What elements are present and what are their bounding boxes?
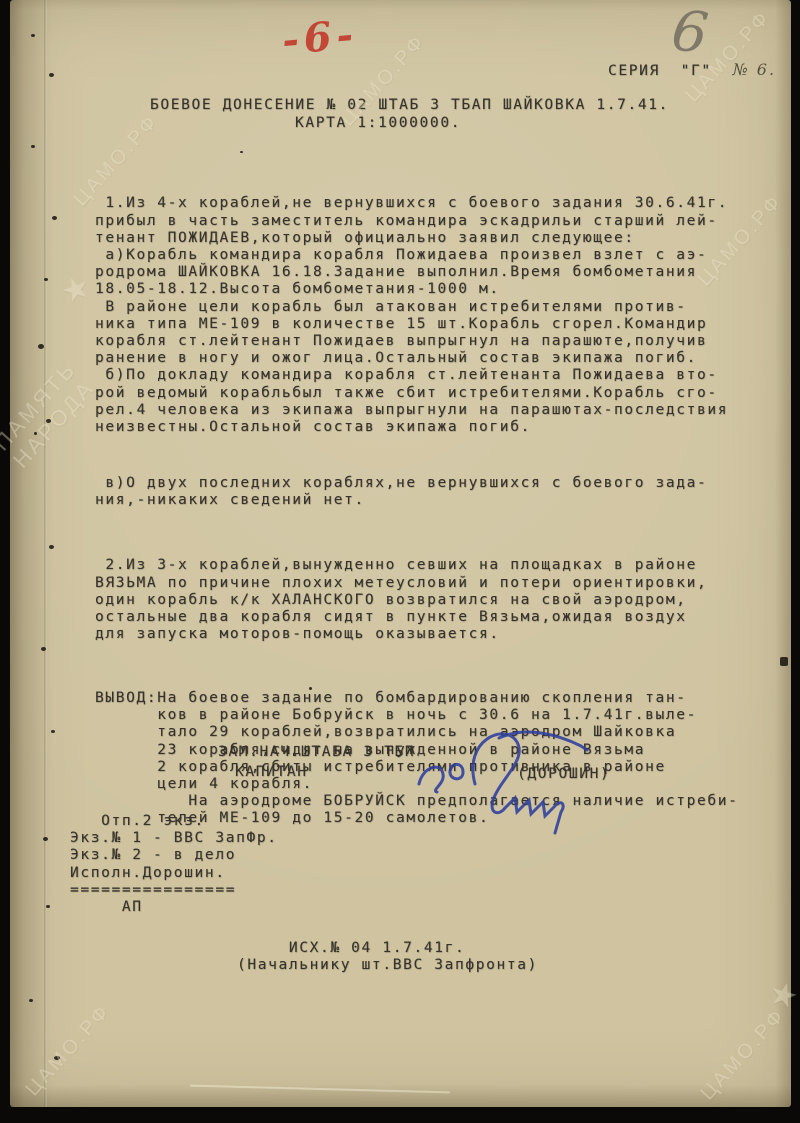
text-line: ВЯЗЬМА по причине плохих метеусловий и п… xyxy=(95,575,739,592)
text-line: ВЫВОД:На боевое задание по бомбардирован… xyxy=(95,690,739,707)
handwritten-signature xyxy=(405,720,615,840)
text-line: Экз.№ 1 - ВВС ЗапФр. xyxy=(70,830,278,847)
text-line: рой ведомый корабльбыл также сбит истреб… xyxy=(95,385,739,402)
series-typed: СЕРИЯ "Г" xyxy=(608,63,712,79)
text-line: ния,-никаких сведений нет. xyxy=(95,492,739,509)
text-line: в)О двух последних кораблях,не вернувших… xyxy=(95,475,739,492)
pin-hole xyxy=(38,344,44,349)
pin-hole xyxy=(46,419,51,423)
signature-position-line1: ЗАМ.НАЧ.ШТАБА 3 ТБП xyxy=(218,744,415,761)
distribution-block: Отп.2 экз.Экз.№ 1 - ВВС ЗапФр.Экз.№ 2 - … xyxy=(70,813,278,916)
text-line: рел.4 человека из экипажа выпрыгнули на … xyxy=(95,402,739,419)
document-title-line1: БОЕВОЕ ДОНЕСЕНИЕ № 02 ШТАБ 3 ТБАП ШАЙКОВ… xyxy=(150,97,669,114)
text-line: неизвестны.Остальной состав экипажа поги… xyxy=(95,419,739,436)
pin-hole xyxy=(44,278,48,281)
document-title-line2: КАРТА 1:1000000. xyxy=(295,115,461,132)
text-line: Исполн.Дорошин. xyxy=(70,865,278,882)
text-line: (Начальнику шт.ВВС Запфронта) xyxy=(237,957,538,974)
text-line: Отп.2 экз. xyxy=(70,813,278,830)
signature-position-line2: КАПИТАН xyxy=(235,764,308,781)
pin-hole xyxy=(31,145,35,148)
ink-blot xyxy=(780,657,788,666)
pin-hole xyxy=(43,837,48,841)
text-line: корабля ст.лейтенант Пожидаев выпрыгнул … xyxy=(95,333,739,350)
text-line: а)Корабль командира корабля Пожидаева пр… xyxy=(95,247,739,264)
paper-speck xyxy=(240,151,243,153)
page-number-red: -6- xyxy=(280,11,360,64)
paragraph-1: 1.Из 4-х кораблей,не вернувшихся с боево… xyxy=(95,195,739,436)
text-line: остальные два корабля сидят в пункте Вяз… xyxy=(95,609,739,626)
pin-hole xyxy=(29,999,33,1002)
paragraph-2: в)О двух последних кораблях,не вернувших… xyxy=(95,475,739,509)
text-line: тенант ПОЖИДАЕВ,который официально заяви… xyxy=(95,230,739,247)
text-line: б)По докладу командира корабля ст.лейтен… xyxy=(95,367,739,384)
series-label: СЕРИЯ "Г" № 6. xyxy=(608,61,776,80)
pin-hole xyxy=(31,34,35,37)
text-line: ранение в ногу и ожог лица.Остальный сос… xyxy=(95,350,739,367)
pin-hole xyxy=(46,905,50,908)
pin-hole xyxy=(49,73,54,77)
pin-hole xyxy=(34,432,37,435)
text-line: 18.05-18.12.Высота бомбометания-1000 м. xyxy=(95,281,739,298)
pin-hole xyxy=(51,730,55,733)
pin-hole xyxy=(54,1056,60,1060)
series-number-handwritten: № 6. xyxy=(733,60,777,79)
text-line: ================ xyxy=(70,882,278,899)
text-line: ника типа МЕ-109 в количестве 15 шт.Кора… xyxy=(95,316,739,333)
pin-hole xyxy=(52,216,57,220)
text-line: 2.Из 3-х кораблей,вынужденно севших на п… xyxy=(95,557,739,574)
text-line: ИСХ.№ 04 1.7.41г. xyxy=(237,940,538,957)
text-line: В районе цели корабль был атакован истре… xyxy=(95,299,739,316)
pin-hole xyxy=(41,647,46,651)
outgoing-reference-block: ИСХ.№ 04 1.7.41г.(Начальнику шт.ВВС Запф… xyxy=(237,940,538,974)
text-line: 1.Из 4-х кораблей,не вернувшихся с боево… xyxy=(95,195,739,212)
text-line: родрома ШАЙКОВКА 16.18.Задание выполнил.… xyxy=(95,264,739,281)
paragraph-3: 2.Из 3-х кораблей,вынужденно севших на п… xyxy=(95,557,739,643)
text-line: АП xyxy=(70,899,278,916)
text-line: прибыл в часть заместитель командира эск… xyxy=(95,213,739,230)
text-line: для запуска моторов-помощь оказывается. xyxy=(95,626,739,643)
pin-hole xyxy=(49,545,54,549)
paper-speck xyxy=(309,687,312,690)
text-line: Экз.№ 2 - в дело xyxy=(70,847,278,864)
paper-crease-vertical xyxy=(44,0,47,1107)
text-line: один корабль к/к ХАЛАНСКОГО возвратился … xyxy=(95,592,739,609)
